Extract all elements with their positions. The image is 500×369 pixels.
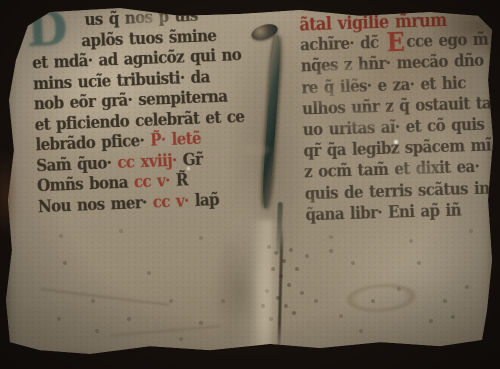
rubric-text: P̃· letẽ xyxy=(150,128,202,150)
crease-line xyxy=(40,288,169,306)
body-text: Nou nos mer· xyxy=(37,192,153,216)
rubric-text: cc v· xyxy=(133,170,176,191)
body-text: achĩre· dc̃ xyxy=(300,33,385,55)
body-text: q̃ana libr· Eni ap̃ iñ xyxy=(305,200,461,225)
body-text: cce ego m̃ xyxy=(406,29,488,51)
crease-line xyxy=(110,325,220,337)
water-stain xyxy=(342,280,420,315)
right-page-text: ãtal vigilie m̃rumachĩre· dc̃ Ecce ego m… xyxy=(299,7,500,225)
left-page-text: D us q̃ nos p̃ uisaplõs tuos s̃mineet md… xyxy=(30,2,274,216)
flash-glare-dot xyxy=(394,140,398,144)
manuscript-photo: D us q̃ nos p̃ uisaplõs tuos s̃mineet md… xyxy=(0,0,500,369)
body-text: R̃ xyxy=(175,170,188,190)
body-text: Gr̃ xyxy=(182,149,202,170)
parchment-leaf: D us q̃ nos p̃ uisaplõs tuos s̃mineet md… xyxy=(0,0,500,369)
rubric-text: cc v· xyxy=(152,190,195,211)
dirt-speckles xyxy=(0,0,2,2)
fold-highlight xyxy=(250,220,278,350)
flash-glare-dot xyxy=(187,167,190,170)
body-text: lap̃ xyxy=(194,189,219,210)
